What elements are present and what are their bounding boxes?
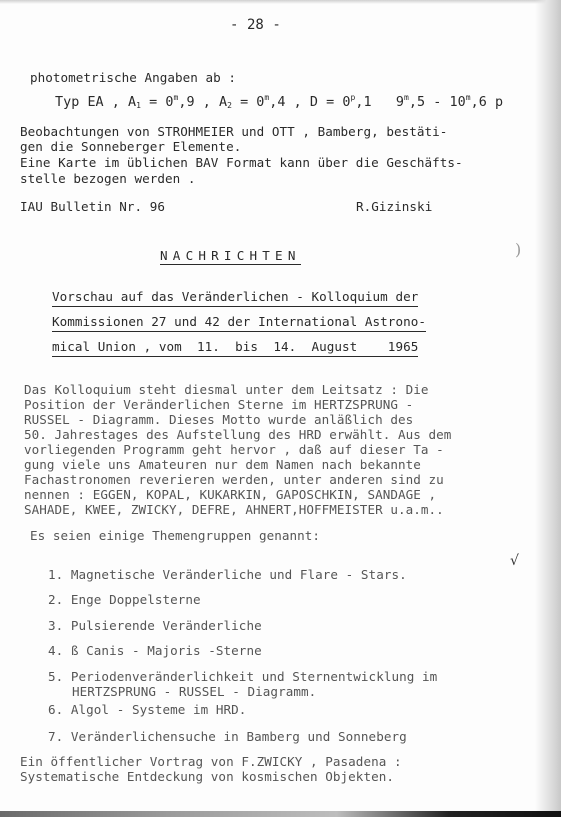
lecture-line: Systematische Entdeckung von kosmischen … (20, 769, 394, 784)
announcement-title-line: Vorschau auf das Veränderlichen - Kolloq… (52, 289, 418, 307)
a1-value: 0m,9 (165, 95, 194, 110)
body-line: Das Kolloquium steht diesmal unter dem L… (24, 382, 429, 397)
scan-bottom-edge (0, 811, 561, 817)
author-signature: R.Gizinski (356, 199, 432, 214)
section-heading: NACHRICHTEN (160, 248, 301, 265)
announcement-title-line: Kommissionen 27 und 42 der International… (52, 314, 426, 332)
topic-item: 7. Veränderlichensuche in Bamberg und So… (48, 729, 407, 744)
topic-item: 5. Periodenveränderlichkeit und Sternent… (48, 669, 437, 684)
topic-item-continuation: HERTZSPRUNG - RUSSEL - Diagramm. (72, 684, 316, 699)
lecture-line: Ein öffentlicher Vortrag von F.ZWICKY , … (20, 754, 402, 769)
margin-mark-parenthesis: ) (515, 240, 521, 259)
observations-line: Eine Karte im üblichen BAV Format kann ü… (20, 155, 463, 170)
a1-subscript: 1 (136, 101, 141, 110)
margin-mark-check: √ (510, 553, 519, 569)
topic-item: 6. Algol - Systeme im HRD. (48, 702, 246, 717)
body-line: nennen : EGGEN, KOPAL, KUKARKIN, GAPOSCH… (24, 487, 436, 502)
observations-line: stelle bezogen werden . (20, 171, 196, 186)
body-line: Fachastronomen reverieren werden, unter … (24, 472, 444, 487)
page-number: - 28 - (230, 18, 281, 33)
body-line: Position der Veränderlichen Sterne im HE… (24, 397, 413, 412)
photometry-intro: photometrische Angaben ab : (30, 70, 236, 85)
scan-right-shadow (535, 0, 561, 817)
document-page: - 28 - photometrische Angaben ab : Typ E… (0, 0, 561, 817)
topic-item: 3. Pulsierende Veränderliche (48, 618, 262, 633)
magnitude-range: 9m,5 - 10m,6 p (396, 95, 503, 110)
a1-label: A (128, 95, 136, 110)
topic-item: 4. ß Canis - Majoris -Sterne (48, 643, 262, 658)
body-line: vorliegenden Programm geht hervor , daß … (24, 442, 444, 457)
body-line: gung viele uns Amateuren nur dem Namen n… (24, 457, 421, 472)
body-line: 50. Jahrestages des Aufstellung des HRD … (24, 427, 451, 442)
a2-label: A (219, 95, 227, 110)
topics-intro: Es seien einige Themengruppen genannt: (30, 528, 320, 543)
observations-line: gen die Sonneberger Elemente. (20, 139, 241, 154)
d-value: 0p,1 (342, 95, 371, 110)
a2-value: 0m,4 (256, 95, 285, 110)
photometry-elements: Typ EA , A1 = 0m,9 , A2 = 0m,4 , D = 0p,… (55, 95, 503, 110)
source-citation: IAU Bulletin Nr. 96 (20, 199, 165, 214)
topic-item: 1. Magnetische Veränderliche und Flare -… (48, 567, 407, 582)
observations-line: Beobachtungen von STROHMEIER und OTT , B… (20, 124, 447, 139)
scan-top-shadow (0, 0, 561, 4)
topic-item: 2. Enge Doppelsterne (48, 592, 201, 607)
d-label: D = (310, 95, 334, 110)
body-line: RUSSEL - Diagramm. Dieses Motto wurde an… (24, 412, 413, 427)
type-label: Typ EA , (55, 95, 120, 110)
body-line: SAHADE, KWEE, ZWICKY, DEFRE, AHNERT,HOFF… (24, 502, 444, 517)
a2-subscript: 2 (227, 101, 232, 110)
announcement-title-line: mical Union , vom 11. bis 14. August 196… (52, 339, 418, 357)
